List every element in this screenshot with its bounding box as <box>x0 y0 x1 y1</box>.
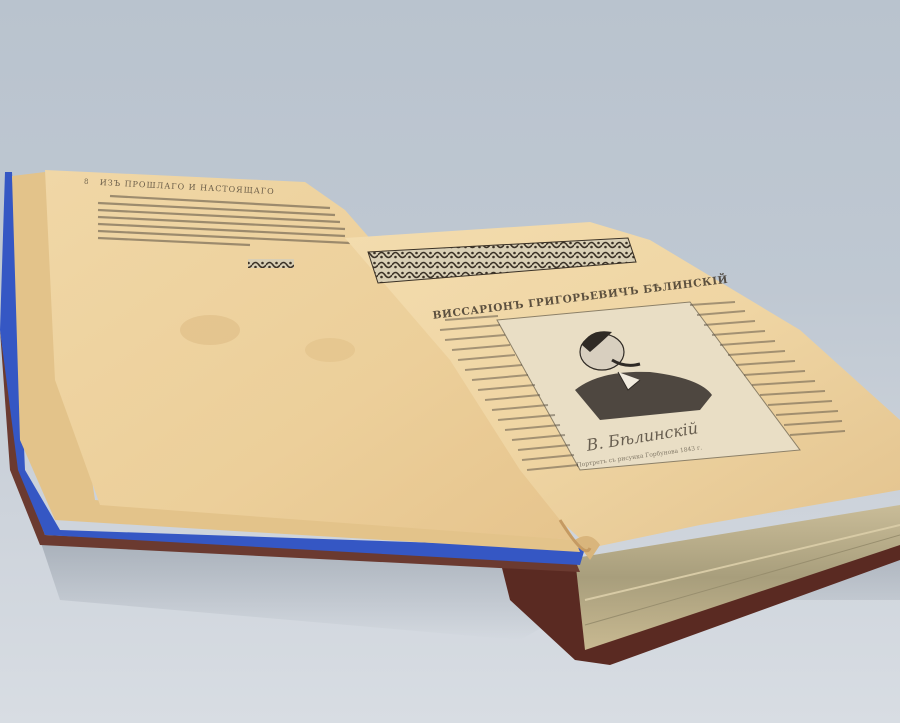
printers-ornament <box>248 259 294 268</box>
open-book-illustration <box>0 0 900 723</box>
book-photo: 8 ИЗЪ ПРОШЛАГО И НАСТОЯЩАГО ВИССАРІОНЪ Г… <box>0 0 900 723</box>
left-page-number: 8 <box>84 178 88 186</box>
